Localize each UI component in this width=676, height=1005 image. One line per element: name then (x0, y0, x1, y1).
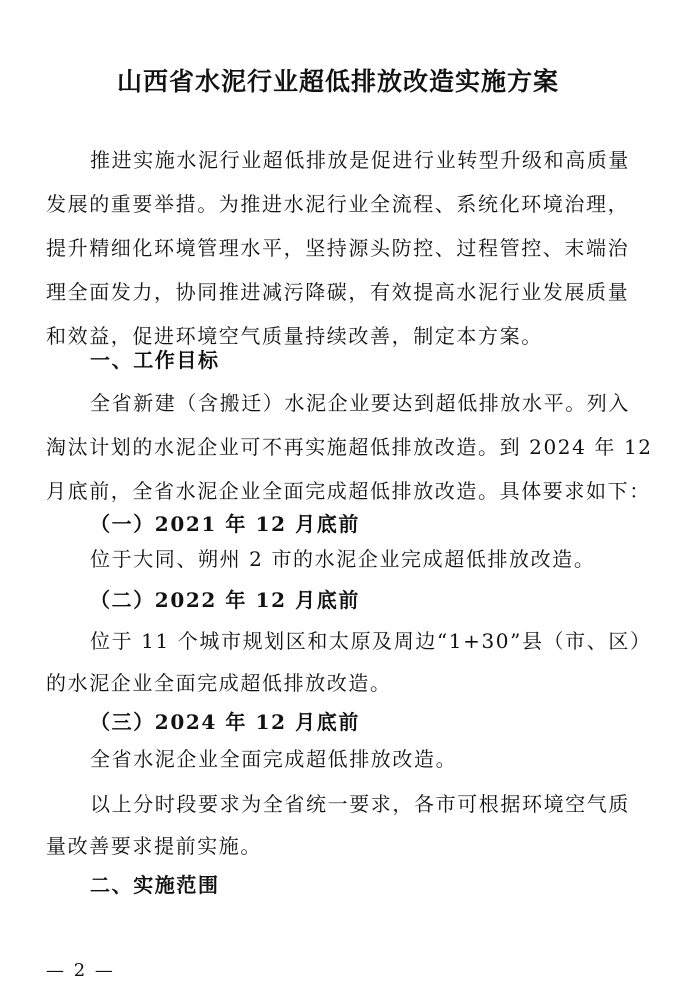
goals-line-2: 淘汰计划的水泥企业可不再实施超低排放改造。到 2024 年 12 (46, 433, 631, 461)
closing-line-1: 以上分时段要求为全省统一要求，各市可根据环境空气质 (90, 790, 675, 818)
subheading-2024: （三）2024 年 12 月底前 (90, 708, 675, 736)
item-2024-line-1: 全省水泥企业全面完成超低排放改造。 (90, 745, 675, 773)
section-heading-work-goals: 一、工作目标 (90, 346, 675, 374)
intro-line-2: 发展的重要举措。为推进水泥行业全流程、系统化环境治理， (46, 190, 631, 218)
closing-line-2: 量改善要求提前实施。 (46, 832, 631, 860)
page-number: — 2 — (46, 960, 115, 981)
intro-line-4: 理全面发力，协同推进减污降碳，有效提高水泥行业发展质量 (46, 278, 631, 306)
section-heading-scope: 二、实施范围 (90, 871, 675, 899)
subheading-2021: （一）2021 年 12 月底前 (90, 510, 675, 538)
goals-line-1: 全省新建（含搬迁）水泥企业要达到超低排放水平。列入 (90, 389, 675, 417)
document-title: 山西省水泥行业超低排放改造实施方案 (0, 62, 676, 98)
subheading-2022: （二）2022 年 12 月底前 (90, 586, 675, 614)
item-2021-line-1: 位于大同、朔州 2 市的水泥企业完成超低排放改造。 (90, 545, 675, 573)
goals-line-3: 月底前，全省水泥企业全面完成超低排放改造。具体要求如下： (46, 477, 631, 505)
item-2022-line-1: 位于 11 个城市规划区和太原及周边“1+30”县（市、区） (90, 627, 675, 655)
document-page: 山西省水泥行业超低排放改造实施方案 推进实施水泥行业超低排放是促进行业转型升级和… (0, 0, 676, 1005)
intro-line-1: 推进实施水泥行业超低排放是促进行业转型升级和高质量 (90, 146, 675, 174)
intro-line-3: 提升精细化环境管理水平，坚持源头防控、过程管控、末端治 (46, 234, 631, 262)
item-2022-line-2: 的水泥企业全面完成超低排放改造。 (46, 669, 631, 697)
